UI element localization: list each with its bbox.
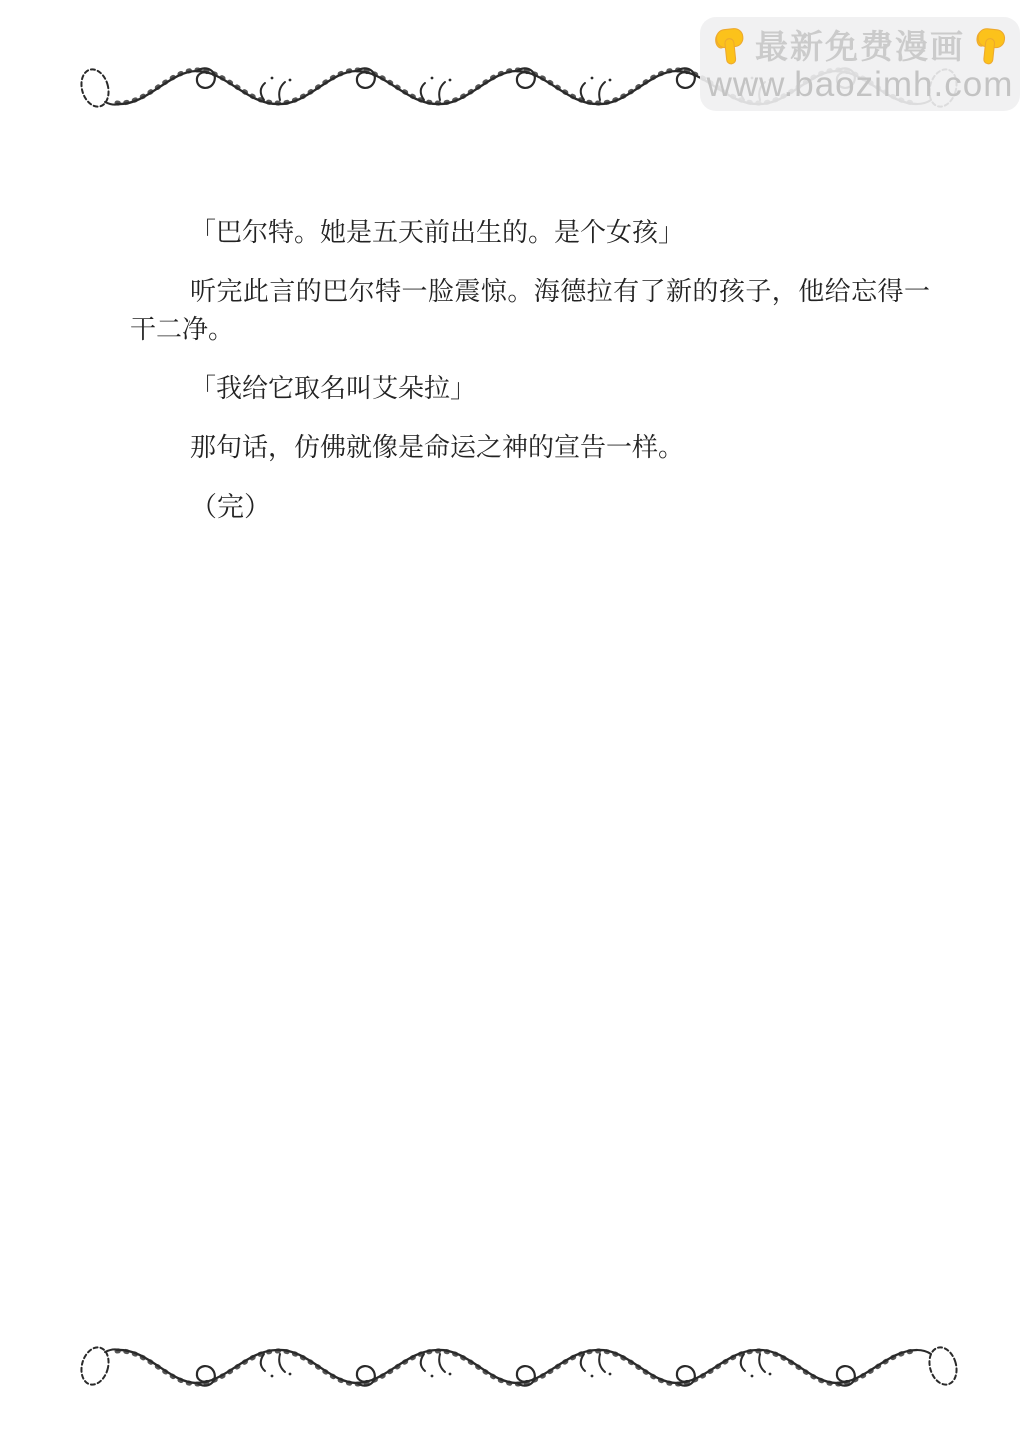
- bottom-flourish-border: [75, 1336, 965, 1396]
- watermark-url: www.baozimh.com: [707, 67, 1014, 102]
- ending-mark: （完）: [130, 488, 930, 526]
- novel-paragraph: 那句话，仿佛就像是命运之神的宣告一样。: [130, 429, 930, 467]
- watermark: 最新免费漫画 www.baozimh.com: [700, 17, 1020, 111]
- watermark-title: 最新免费漫画: [755, 30, 965, 63]
- novel-text: 「巴尔特。她是五天前出生的。是个女孩」 听完此言的巴尔特一脸震惊。海德拉有了新的…: [130, 214, 930, 547]
- pointing-down-hand-icon: [969, 24, 1011, 68]
- novel-paragraph: 听完此言的巴尔特一脸震惊。海德拉有了新的孩子，他给忘得一干二净。: [130, 273, 930, 349]
- page: { "page": { "background_color": "#ffffff…: [0, 0, 1029, 1455]
- pointing-down-hand-icon: [709, 24, 751, 68]
- flourish-divider-icon: [75, 1336, 965, 1396]
- novel-paragraph: 「巴尔特。她是五天前出生的。是个女孩」: [130, 214, 930, 252]
- watermark-title-row: 最新免费漫画: [711, 26, 1009, 66]
- novel-paragraph: 「我给它取名叫艾朵拉」: [130, 370, 930, 408]
